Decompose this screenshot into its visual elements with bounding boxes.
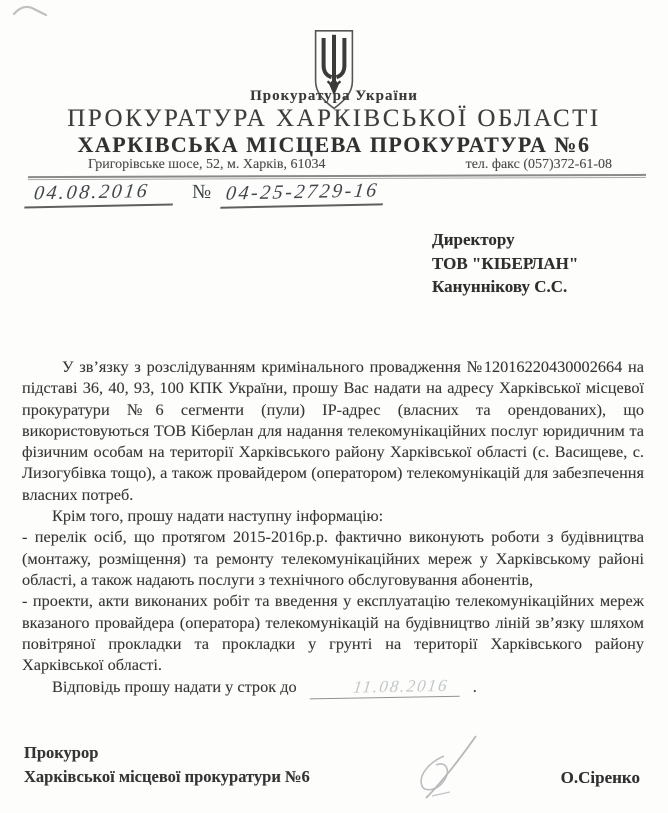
list-item-projects: - проекти, акти виконаних робіт та введе… — [22, 590, 644, 675]
paragraph-additional-intro: Крім того, прошу надати наступну інформа… — [22, 505, 644, 526]
list-item-persons: - перелік осіб, що протягом 2015-2016р.р… — [22, 526, 644, 590]
paragraph-request: У зв’язку з розслідуванням кримінального… — [22, 356, 644, 505]
handwritten-signature-mark — [398, 730, 494, 810]
signer-title-line2: Харківської місцевої прокуратури №6 — [24, 765, 310, 789]
org-name-local: ХАРКІВСЬКА МІСЦЕВА ПРОКУРАТУРА №6 — [0, 132, 668, 158]
scan-artifact-mark — [12, 2, 52, 22]
handwritten-deadline-date: 11.08.2016 — [309, 675, 462, 700]
addressee-person: Кануннікову С.С. — [432, 275, 578, 299]
org-address: Григорівське шосе, 52, м. Харків, 61034 — [88, 157, 326, 173]
closing-deadline-line: Відповідь прошу надати у строк до 11.08.… — [22, 676, 644, 698]
closing-period: . — [473, 677, 477, 696]
number-sign: № — [192, 181, 214, 204]
reference-line: 04.08.2016 № 04-25-2729-16 — [26, 181, 384, 207]
org-phone: тел. факс (057)372-61-08 — [466, 157, 612, 173]
org-name-region: ПРОКУРАТУРА ХАРКІВСЬКОЇ ОБЛАСТІ — [0, 105, 668, 133]
letterhead-contact-row: Григорівське шосе, 52, м. Харків, 61034 … — [88, 157, 612, 173]
handwritten-outgoing-number: 04-25-2729-16 — [220, 179, 386, 208]
signer-title-block: Прокурор Харківської місцевої прокуратур… — [24, 741, 310, 789]
letterhead-divider — [28, 174, 646, 180]
signer-name: О.Сіренко — [561, 768, 640, 788]
signer-title-line1: Прокурор — [24, 741, 310, 765]
letter-body: У зв’язку з розслідуванням кримінального… — [22, 356, 644, 699]
handwritten-date: 04.08.2016 — [24, 179, 176, 208]
closing-prefix: Відповідь прошу надати у строк до — [52, 677, 297, 696]
addressee-company: ТОВ "КІБЕРЛАН" — [432, 252, 578, 276]
addressee-block: Директору ТОВ "КІБЕРЛАН" Кануннікову С.С… — [432, 228, 578, 299]
org-name-country: Прокуратура України — [0, 88, 668, 105]
scanned-letter-page: Прокуратура України ПРОКУРАТУРА ХАРКІВСЬ… — [0, 0, 668, 813]
addressee-role: Директору — [432, 228, 578, 252]
